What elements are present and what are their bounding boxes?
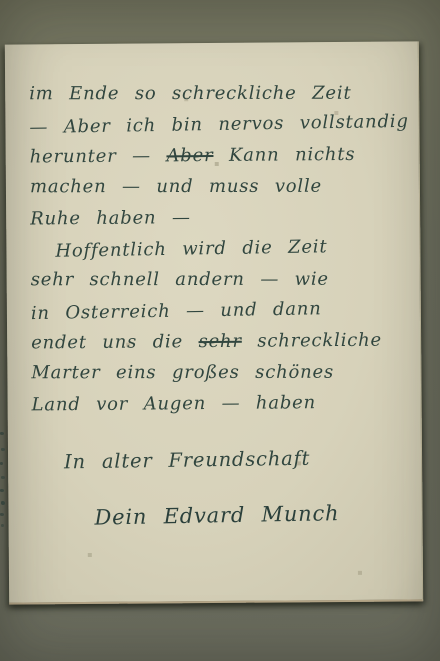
ink-mark [1,524,4,527]
ink-mark [0,513,4,516]
letter-photograph: im Ende so schreckliche Zeit — Aber ich … [0,0,440,661]
line-text: endet uns die [31,331,199,353]
closing-line: In alter Freundschaft [64,445,411,484]
letter-line: — Aber ich bin nervos vollstandig [29,111,408,148]
line-text: schreckliche [242,330,382,352]
line-text: machen — und muss volle [30,176,322,198]
letter-line: Marter eins großes schönes [31,362,410,394]
signature-text: Dein Edvard Munch [94,501,339,529]
line-text: herunter — [30,145,167,167]
letter-line: sehr schnell andern — wie [31,269,410,301]
line-text: sehr schnell andern — wie [31,269,329,291]
letter-sheet: im Ende so schreckliche Zeit — Aber ich … [5,41,423,604]
signature-line: Dein Edvard Munch [94,500,412,542]
closing-text: In alter Freundschaft [64,447,311,474]
letter-line: in Osterreich — und dann [31,297,410,334]
line-text: Kann nichts [213,144,355,166]
letter-line: machen — und muss volle [30,176,409,208]
line-text: im Ende so schreckliche Zeit [29,83,351,105]
line-text: — Aber ich bin nervos vollstandig [29,111,409,138]
letter-text: im Ende so schreckliche Zeit — Aber ich … [29,81,412,540]
ink-mark [1,501,5,505]
ink-mark [0,432,4,435]
letter-line: Hoffentlich wird die Zeit [55,235,409,272]
struck-word: sehr [198,331,241,352]
paper-specks [5,45,7,47]
line-text: Ruhe haben — [30,207,191,229]
letter-line: Land vor Augen — haben [32,391,411,425]
struck-word: Aber [166,145,213,166]
ink-mark [1,448,5,451]
line-text: Hoffentlich wird die Zeit [55,236,327,262]
letter-line: endet uns die sehr schreckliche [31,329,410,363]
line-text: in Osterreich — und dann [31,298,322,324]
ink-mark [0,462,3,465]
letter-line: herunter — Aber Kann nichts [30,143,409,177]
line-text: Marter eins großes schönes [31,362,334,384]
ink-mark [1,476,5,479]
ink-mark [0,489,4,492]
letter-line: Ruhe haben — [30,205,409,239]
letter-line: im Ende so schreckliche Zeit [29,83,408,115]
line-text: Land vor Augen — haben [32,392,317,415]
